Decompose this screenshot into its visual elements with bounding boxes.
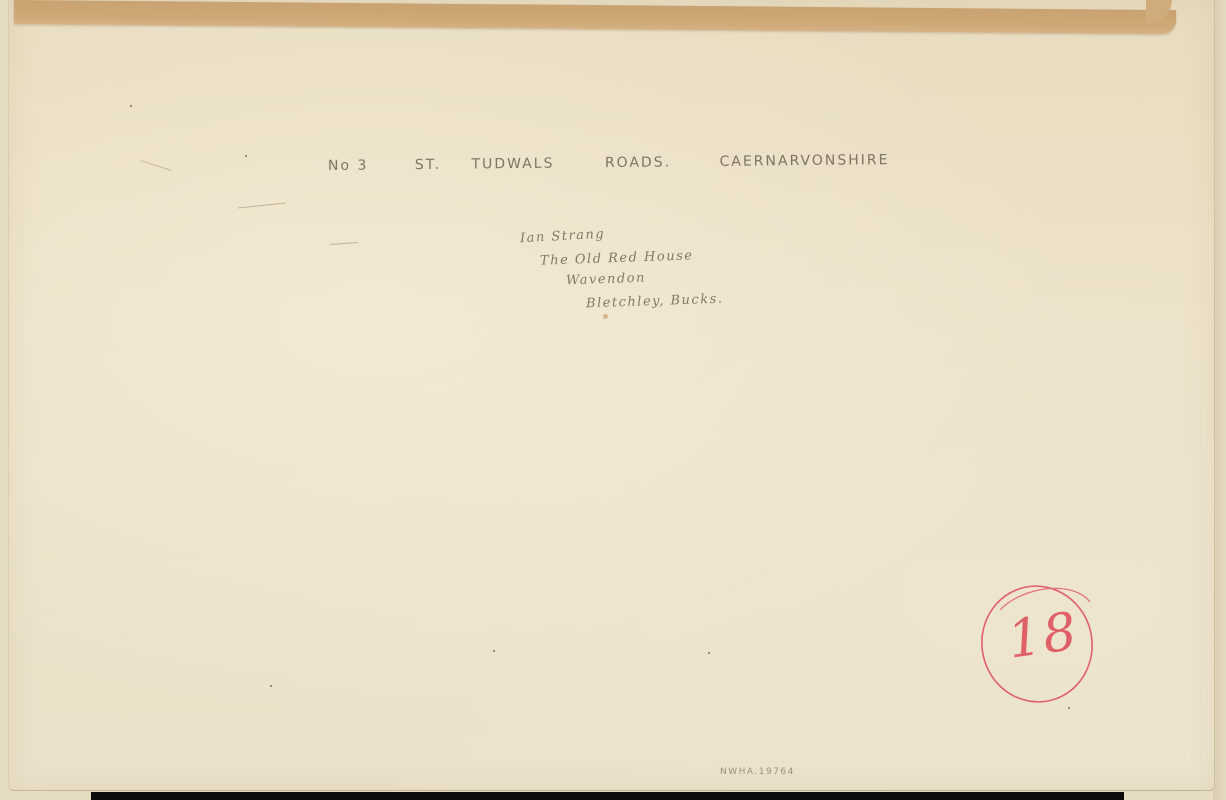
drawing-number: No 3	[328, 158, 369, 174]
circled-number: 18	[1004, 601, 1082, 670]
address-line-2: Wavendon	[566, 271, 646, 289]
speck	[1068, 707, 1070, 709]
scan-bottom-border	[91, 792, 1124, 800]
place-prefix: ST.	[415, 157, 441, 173]
speck	[270, 685, 272, 687]
speck	[245, 155, 247, 157]
county-name: CAERNARVONSHIRE	[719, 152, 889, 170]
foxing-stain	[603, 314, 608, 319]
speck	[130, 105, 132, 107]
speck	[493, 650, 495, 652]
speck	[708, 652, 710, 654]
tape-corner-curl	[1146, 0, 1176, 28]
place-suffix: ROADS.	[605, 154, 671, 171]
scan-scene: No 3 ST. TUDWALS ROADS. CAERNARVONSHIRE …	[0, 0, 1226, 800]
accession-number: NWHA.19764	[720, 767, 795, 777]
place-name: TUDWALS	[471, 156, 554, 173]
